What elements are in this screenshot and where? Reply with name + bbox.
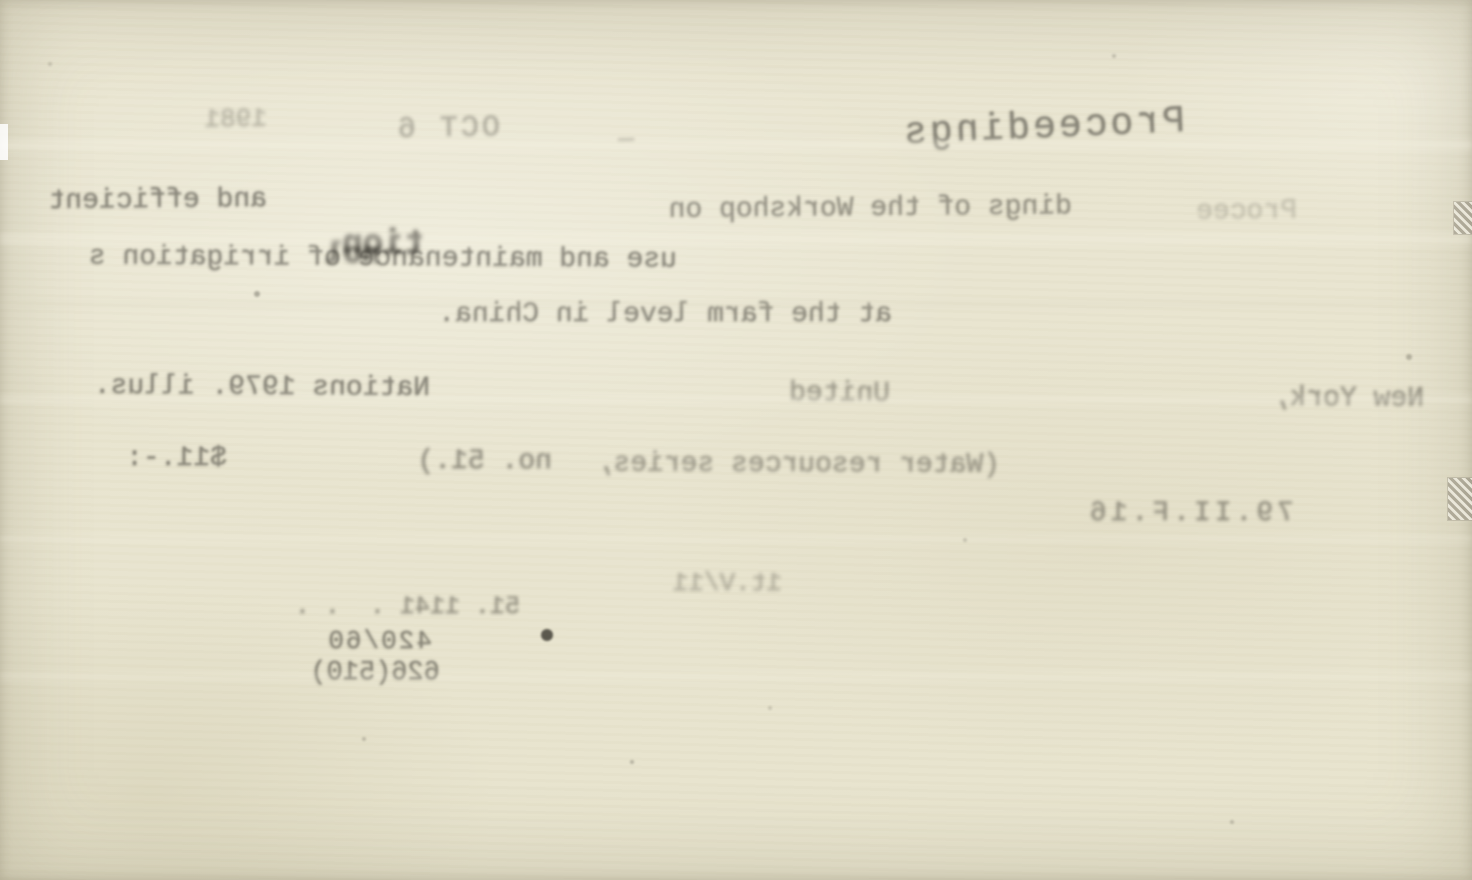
title-line1-end: and efficient xyxy=(48,184,267,217)
imprint-city: New York, xyxy=(1273,382,1424,414)
accession-line-1: 51. 1141 . . . xyxy=(295,592,520,621)
stamp-dash: — xyxy=(618,124,634,154)
stamp-year: 1981 xyxy=(204,103,267,134)
scanned-card-page: Proceedings—OCT 61981Proceedings of the … xyxy=(0,0,1472,880)
sales-number: 79.II.F.16 xyxy=(1086,498,1294,529)
overstrike-blob-2: nol xyxy=(326,238,380,272)
class-number: 626(510) xyxy=(310,658,440,688)
heading-proceedings: Proceedings xyxy=(900,100,1185,155)
ink-speck xyxy=(1112,54,1116,58)
ink-speck xyxy=(768,706,772,710)
accession-line-2: 420/60 xyxy=(326,626,432,656)
bleedthrough-text-layer: Proceedings—OCT 61981Proceedings of the … xyxy=(0,0,1472,880)
ink-speck xyxy=(630,760,634,764)
call-number: 1t.V/11 xyxy=(673,568,782,598)
ink-speck xyxy=(254,291,260,297)
ink-speck xyxy=(963,538,967,542)
imprint-publisher-1: United xyxy=(789,378,890,410)
price-note: $11.-: xyxy=(126,443,227,474)
title-line1-mid: dings of the Workshop on xyxy=(669,191,1073,226)
series-statement-1: (Water resources series, xyxy=(597,448,1000,480)
series-statement-2: no. 51.) xyxy=(418,446,552,477)
ink-speck xyxy=(1230,820,1234,824)
title-line1-start: Procee xyxy=(1196,196,1297,228)
ink-speck xyxy=(362,737,366,741)
stamp-month-day: OCT 6 xyxy=(395,111,501,147)
ink-speck xyxy=(1406,354,1412,360)
title-line3: at the farm level in China. xyxy=(438,299,892,330)
ink-speck xyxy=(541,629,553,641)
imprint-publisher-2: Nations 1979. illus. xyxy=(94,371,430,404)
ink-speck xyxy=(48,62,52,66)
